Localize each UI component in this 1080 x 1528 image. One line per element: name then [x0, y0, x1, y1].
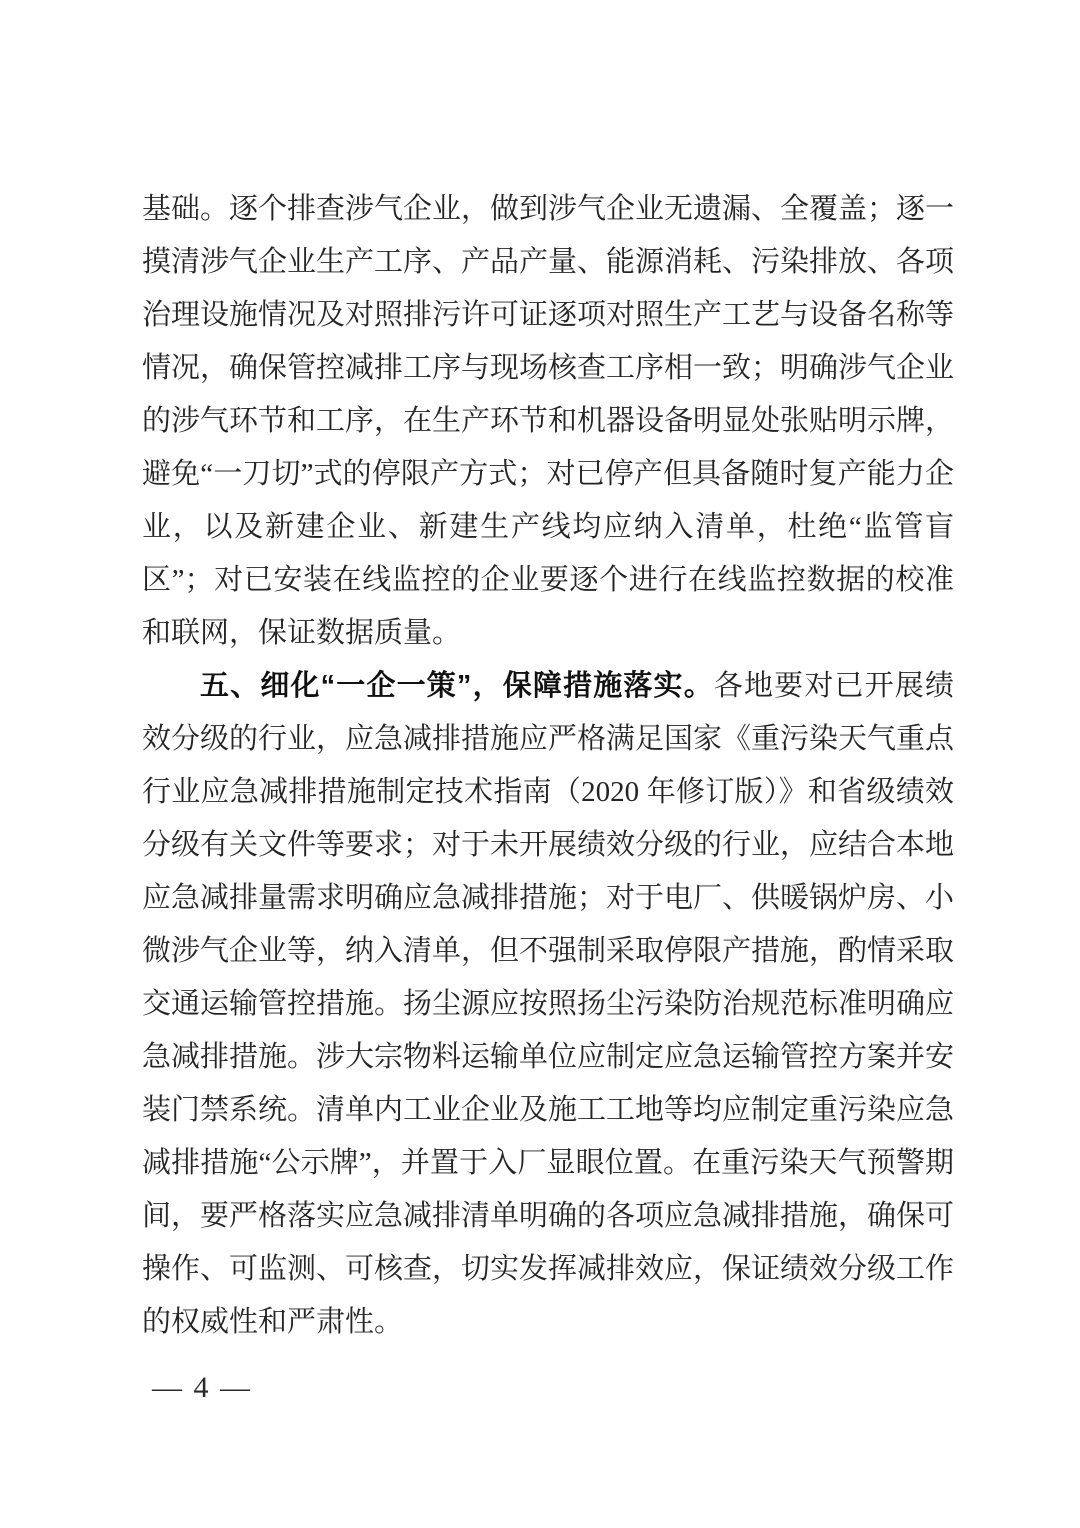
paragraph-continuation: 基础。逐个排查涉气企业，做到涉气企业无遗漏、全覆盖；逐一摸清涉气企业生产工序、产…: [142, 183, 954, 660]
section-5-heading: 五、细化“一企一策”，保障措施落实。: [200, 670, 714, 702]
paragraph-section-5: 五、细化“一企一策”，保障措施落实。各地要对已开展绩效分级的行业，应急减排措施应…: [142, 660, 954, 1349]
section-5-body-text: 各地要对已开展绩效分级的行业，应急减排措施应严格满足国家《重污染天气重点行业应急…: [142, 670, 954, 1338]
document-body: 基础。逐个排查涉气企业，做到涉气企业无遗漏、全覆盖；逐一摸清涉气企业生产工序、产…: [142, 183, 954, 1349]
page-number: — 4 —: [152, 1368, 252, 1408]
document-page: 基础。逐个排查涉气企业，做到涉气企业无遗漏、全覆盖；逐一摸清涉气企业生产工序、产…: [0, 0, 1080, 1528]
